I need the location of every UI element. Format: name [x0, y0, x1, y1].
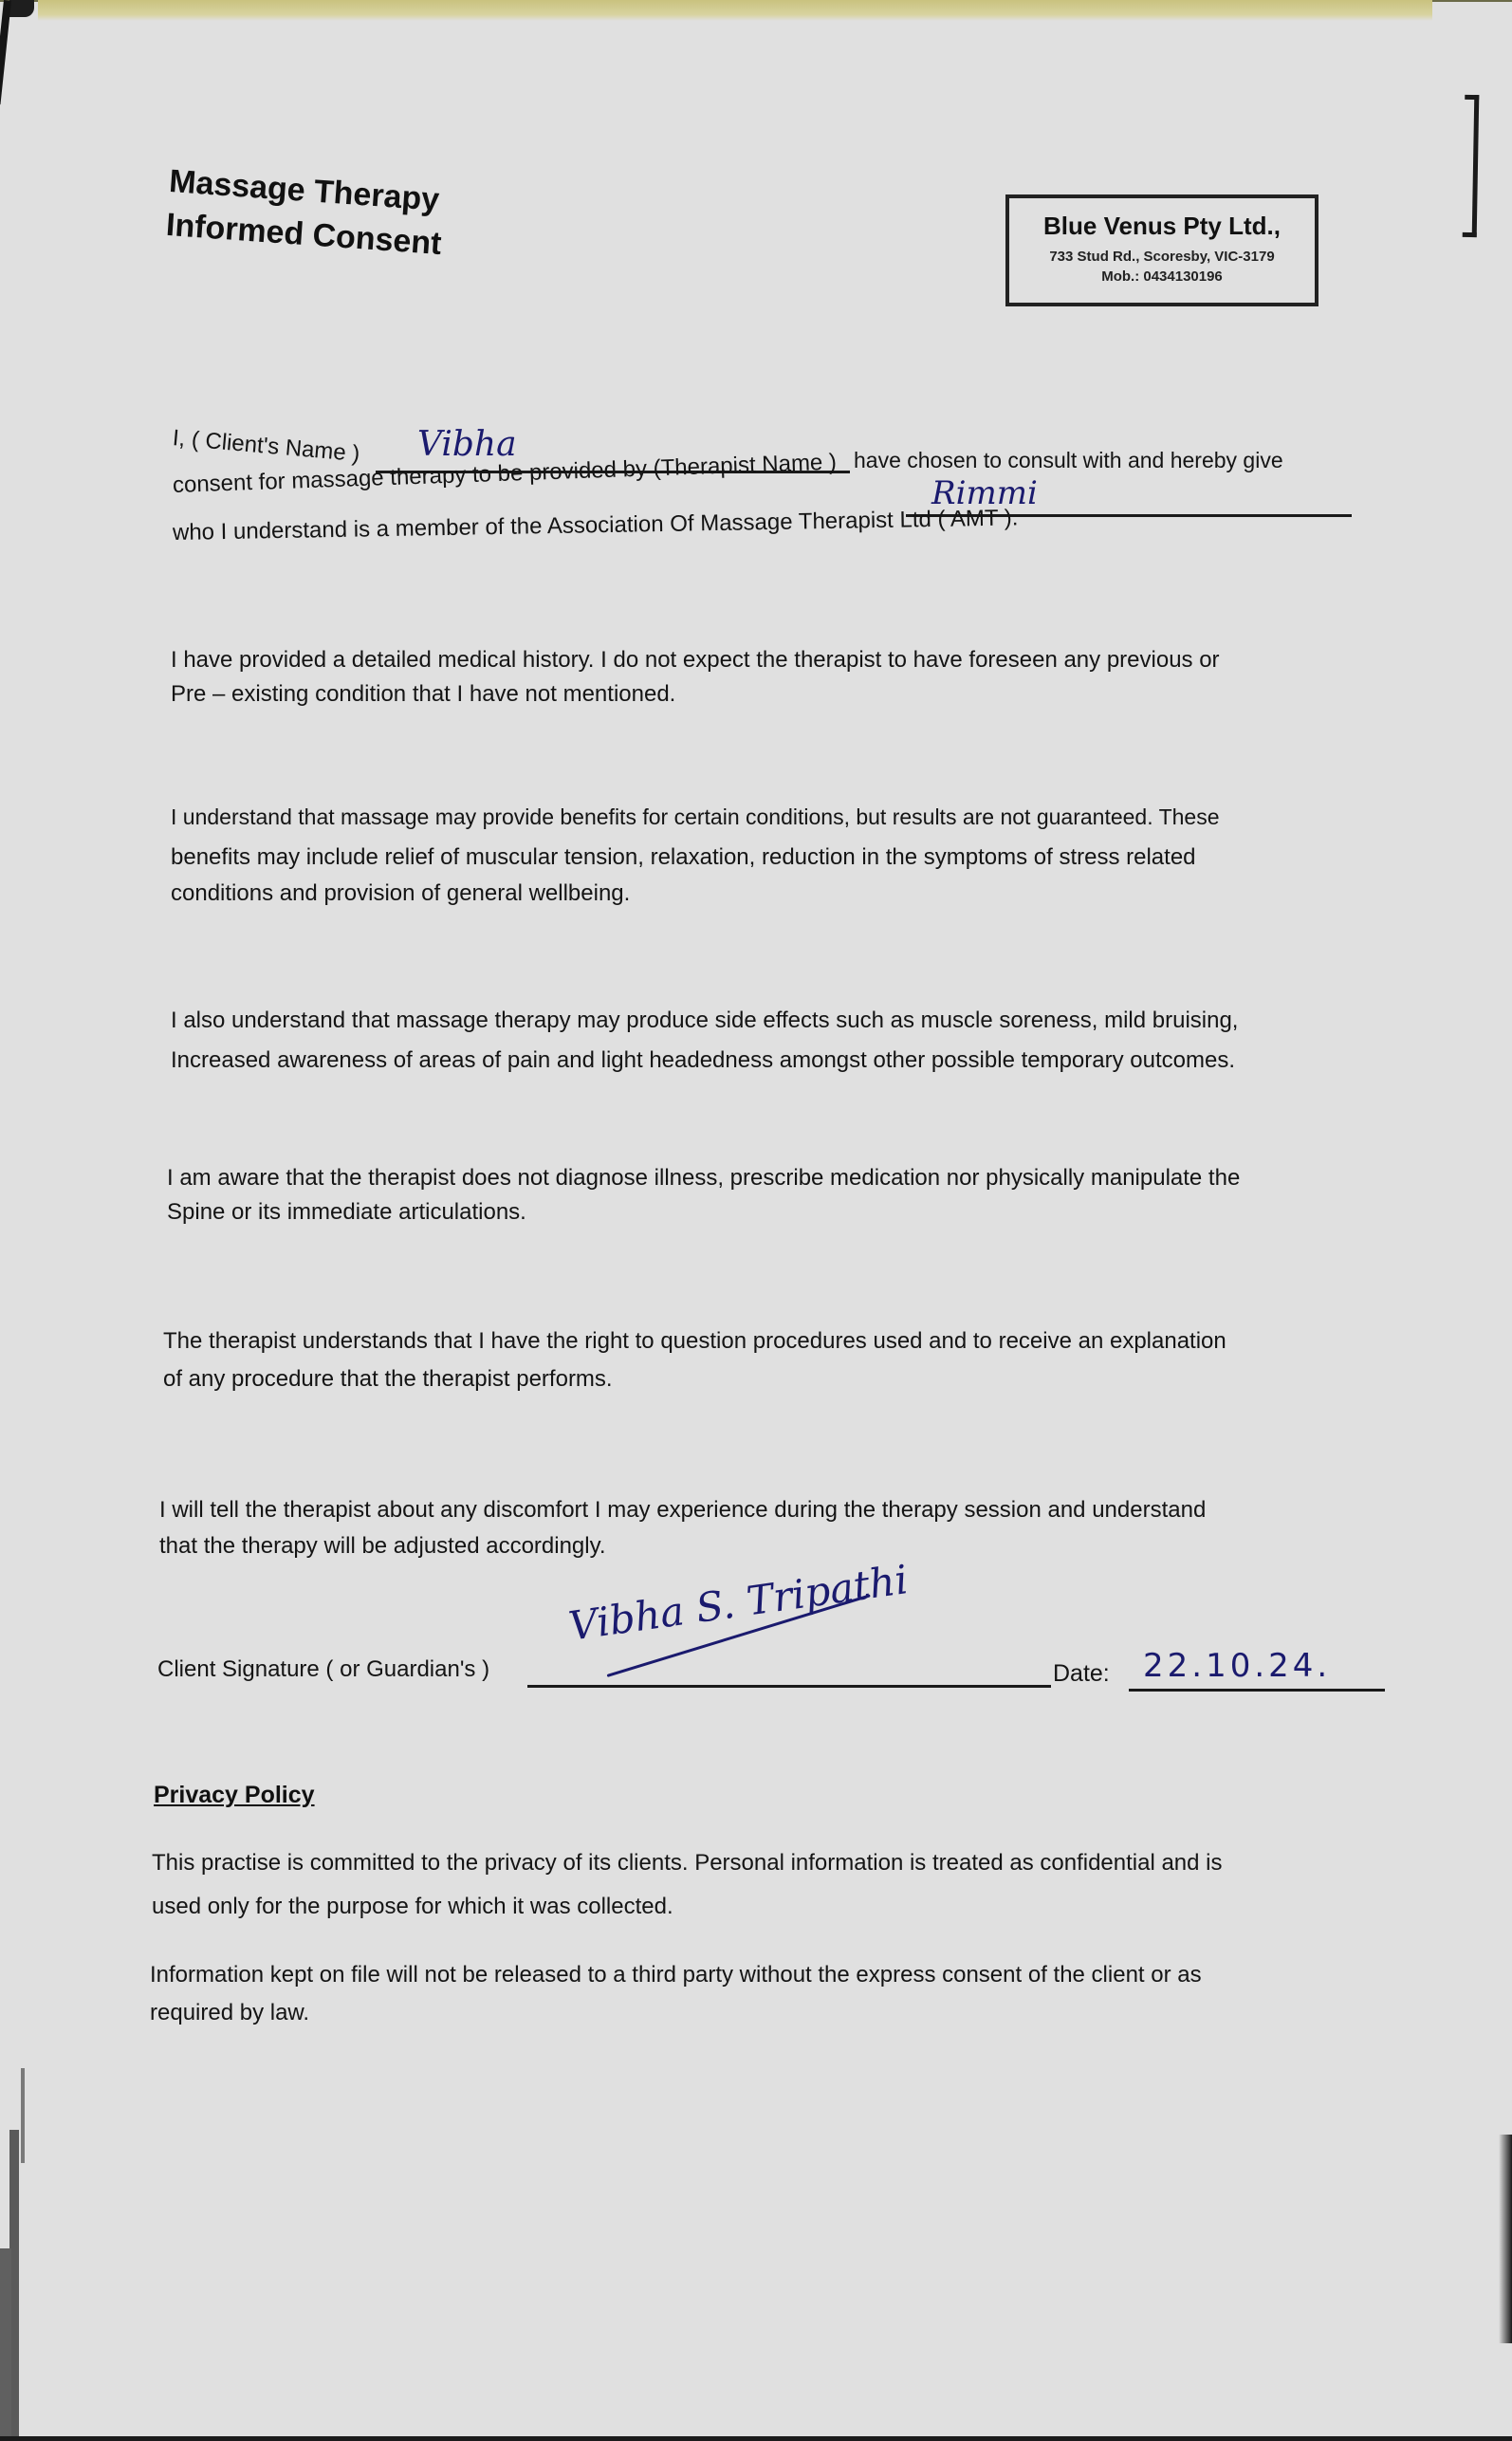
para-1-line-2: Pre – existing condition that I have not…	[171, 681, 675, 708]
scan-edge-left	[0, 0, 11, 104]
date-label: Date:	[1053, 1660, 1110, 1688]
signature-label: Client Signature ( or Guardian's )	[157, 1656, 489, 1683]
consent-line-1-prefix: I, ( Client's Name )	[172, 425, 361, 468]
para-5-line-2: of any procedure that the therapist perf…	[163, 1366, 613, 1393]
para-2-line-1: I understand that massage may provide be…	[171, 804, 1220, 830]
company-stamp: Blue Venus Pty Ltd., 733 Stud Rd., Score…	[1005, 194, 1318, 306]
company-name: Blue Venus Pty Ltd.,	[1009, 212, 1315, 241]
form-title: Massage Therapy Informed Consent	[165, 159, 447, 266]
bracket-mark	[1463, 95, 1480, 237]
scan-edge-left-bottom	[0, 2248, 11, 2441]
para-1-line-1: I have provided a detailed medical histo…	[171, 647, 1220, 674]
scan-corner-mark	[9, 0, 34, 17]
consent-line-3: who I understand is a member of the Asso…	[173, 505, 1019, 546]
para-2-line-2: benefits may include relief of muscular …	[171, 844, 1196, 871]
scan-edge-bottom	[0, 2436, 1512, 2441]
company-address: 733 Stud Rd., Scoresby, VIC-3179	[1009, 249, 1315, 265]
date-value: 22.10.24.	[1143, 1647, 1331, 1685]
privacy-para-2-line-1: Information kept on file will not be rel…	[150, 1962, 1202, 1988]
consent-line-1-suffix: have chosen to consult with and hereby g…	[854, 448, 1283, 473]
para-5-line-1: The therapist understands that I have th…	[163, 1328, 1226, 1355]
para-4-line-2: Spine or its immediate articulations.	[167, 1199, 526, 1226]
para-6-line-1: I will tell the therapist about any disc…	[159, 1497, 1206, 1524]
scan-paper-strip	[38, 0, 1432, 21]
para-3-line-2: Increased awareness of areas of pain and…	[171, 1047, 1235, 1074]
scan-edge-left-bottom	[21, 2068, 25, 2163]
privacy-para-2-line-2: required by law.	[150, 2000, 309, 2026]
client-name-value: Vibha	[417, 425, 517, 464]
para-6-line-2: that the therapy will be adjusted accord…	[159, 1533, 606, 1560]
scan-edge-right	[1499, 2135, 1512, 2343]
para-2-line-3: conditions and provision of general well…	[171, 880, 630, 907]
privacy-heading: Privacy Policy	[154, 1782, 315, 1809]
para-3-line-1: I also understand that massage therapy m…	[171, 1008, 1238, 1034]
privacy-para-1-line-1: This practise is committed to the privac…	[152, 1850, 1223, 1877]
para-4-line-1: I am aware that the therapist does not d…	[167, 1165, 1240, 1192]
privacy-para-1-line-2: used only for the purpose for which it w…	[152, 1894, 673, 1920]
company-phone: Mob.: 0434130196	[1009, 268, 1315, 285]
